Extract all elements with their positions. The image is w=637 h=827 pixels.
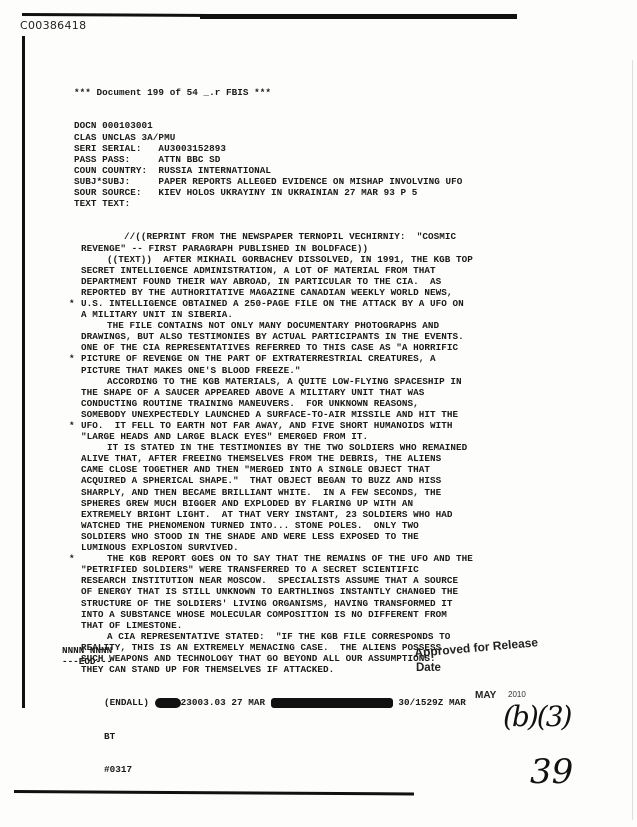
bt-marker: BT	[74, 731, 473, 742]
body-line: SOMEBODY UNEXPECTEDLY LAUNCHED A SURFACE…	[74, 409, 473, 420]
header-fields: DOCN 000103001CLAS UNCLAS 3A/PMUSERI SER…	[74, 120, 473, 209]
body-line: DRAWINGS, BUT ALSO TESTIMONIES BY ACTUAL…	[74, 331, 473, 342]
body-line: CAME CLOSE TOGETHER AND THEN "MERGED INT…	[74, 464, 473, 475]
body-line: OF ENERGY THAT IS STILL UNKNOWN TO EARTH…	[74, 586, 473, 597]
left-border-rule	[22, 36, 25, 708]
body-line: EXTREMELY BRIGHT LIGHT. AT THAT VERY INS…	[74, 509, 473, 520]
body-line: A MILITARY UNIT IN SIBERIA.	[74, 309, 473, 320]
body-line: THEY CAN STAND UP FOR THEMSELVES IF ATTA…	[74, 664, 473, 675]
body-line: REVENGE" -- FIRST PARAGRAPH PUBLISHED IN…	[74, 243, 473, 254]
nnnn-marker: NNNN NNNN	[62, 645, 112, 656]
body-line: SHARPLY, AND THEN BECAME BRILLIANT WHITE…	[74, 487, 473, 498]
body-line: ALIVE THAT, AFTER FREEING THEMSELVES FRO…	[74, 453, 473, 464]
body-line: "LARGE HEADS AND LARGE BLACK EYES" EMERG…	[74, 431, 473, 442]
body-line: ACQUIRED A SPHERICAL SHAPE." THAT OBJECT…	[74, 475, 473, 486]
body-line: "PETRIFIED SOLDIERS" WERE TRANSFERRED TO…	[74, 564, 473, 575]
header-field: SUBJ*SUBJ: PAPER REPORTS ALLEGED EVIDENC…	[74, 176, 473, 187]
header-field: TEXT TEXT:	[74, 198, 473, 209]
body-line: ONE OF THE CIA REPRESENTATIVES REFERRED …	[74, 342, 473, 353]
endall-line: (ENDALL) 23003.03 27 MAR 30/1529Z MAR	[74, 697, 473, 708]
body-line: CONDUCTING ROUTINE TRAINING MANEUVERS. F…	[74, 398, 473, 409]
change-marker: *	[69, 298, 75, 309]
release-date-label: Date	[416, 662, 441, 674]
body-line: IT IS STATED IN THE TESTIMONIES BY THE T…	[74, 442, 473, 453]
endall-prefix: (ENDALL)	[104, 697, 155, 708]
release-year: 2010	[508, 690, 526, 699]
body-line: SUCH WEAPONS AND TECHNOLOGY THAT GO BEYO…	[74, 653, 473, 664]
page-number: 39	[530, 752, 573, 792]
header-field: SERI SERIAL: AU3003152893	[74, 143, 473, 154]
header-field: SOUR SOURCE: KIEV HOLOS UKRAYINY IN UKRA…	[74, 187, 473, 198]
change-marker: *	[69, 353, 75, 364]
endall-datetime: 23003.03 27 MAR	[181, 697, 271, 708]
redaction-block	[271, 698, 393, 708]
body-line: A CIA REPRESENTATIVE STATED: "IF THE KGB…	[74, 631, 473, 642]
body-line: *THE KGB REPORT GOES ON TO SAY THAT THE …	[74, 553, 473, 564]
release-month: MAY	[475, 690, 496, 701]
body-line: WATCHED THE PHENOMENON TURNED INTO... ST…	[74, 520, 473, 531]
document-banner: *** Document 199 of 54 _.r FBIS ***	[74, 87, 473, 98]
eod-marker: ---EOD---	[62, 656, 112, 667]
body-line: SPHERES GREW MUCH BIGGER AND EXPLODED BY…	[74, 498, 473, 509]
body-line: RESEARCH INSTITUTION NEAR MOSCOW. SPECIA…	[74, 575, 473, 586]
body-line: *UFO. IT FELL TO EARTH NOT FAR AWAY, AND…	[74, 420, 473, 431]
change-marker: *	[69, 420, 75, 431]
body-line: REPORTED BY THE AUTHORITATIVE MAGAZINE C…	[74, 287, 473, 298]
header-field: PASS PASS: ATTN BBC SD	[74, 154, 473, 165]
change-marker: *	[69, 553, 75, 564]
body-line: THE FILE CONTAINS NOT ONLY MANY DOCUMENT…	[74, 320, 473, 331]
body-line: ACCORDING TO THE KGB MATERIALS, A QUITE …	[74, 376, 473, 387]
message-body: //((REPRINT FROM THE NEWSPAPER TERNOPIL …	[74, 231, 473, 675]
body-line: *U.S. INTELLIGENCE OBTAINED A 250-PAGE F…	[74, 298, 473, 309]
body-line: DEPARTMENT FOUND THEIR WAY ABROAD, IN PA…	[74, 276, 473, 287]
body-line: SECRET INTELLIGENCE ADMINISTRATION, A LO…	[74, 265, 473, 276]
header-field: DOCN 000103001	[74, 120, 473, 131]
header-field: COUN COUNTRY: RUSSIA INTERNATIONAL	[74, 165, 473, 176]
cable-text: *** Document 199 of 54 _.r FBIS *** DOCN…	[74, 65, 473, 786]
body-line: THE SHAPE OF A SAUCER APPEARED ABOVE A M…	[74, 387, 473, 398]
header-field: CLAS UNCLAS 3A/PMU	[74, 132, 473, 143]
redaction-block	[155, 698, 181, 708]
body-line: LUMINOUS EXPLOSION SURVIVED.	[74, 542, 473, 553]
body-line: ((TEXT)) AFTER MIKHAIL GORBACHEV DISSOLV…	[74, 254, 473, 265]
body-line: STRUCTURE OF THE SOLDIERS' LIVING ORGANI…	[74, 598, 473, 609]
body-line: SOLDIERS WHO STOOD IN THE SHADE AND WERE…	[74, 531, 473, 542]
body-line: THAT OF LIMESTONE.	[74, 620, 473, 631]
message-number: #0317	[74, 764, 473, 775]
bottom-border-rule	[14, 790, 414, 795]
top-border-rule-thick	[200, 14, 517, 19]
body-line: //((REPRINT FROM THE NEWSPAPER TERNOPIL …	[74, 231, 473, 242]
body-line: *PICTURE OF REVENGE ON THE PART OF EXTRA…	[74, 353, 473, 364]
body-line: INTO A SUBSTANCE WHOSE MOLECULAR COMPOSI…	[74, 609, 473, 620]
endall-timestamp: 30/1529Z MAR	[393, 697, 466, 708]
document-id: C00386418	[20, 19, 86, 32]
exemption-annotation: (b)(3)	[503, 700, 570, 733]
body-line: PICTURE THAT MAKES ONE'S BLOOD FREEZE."	[74, 365, 473, 376]
right-edge	[632, 60, 633, 820]
